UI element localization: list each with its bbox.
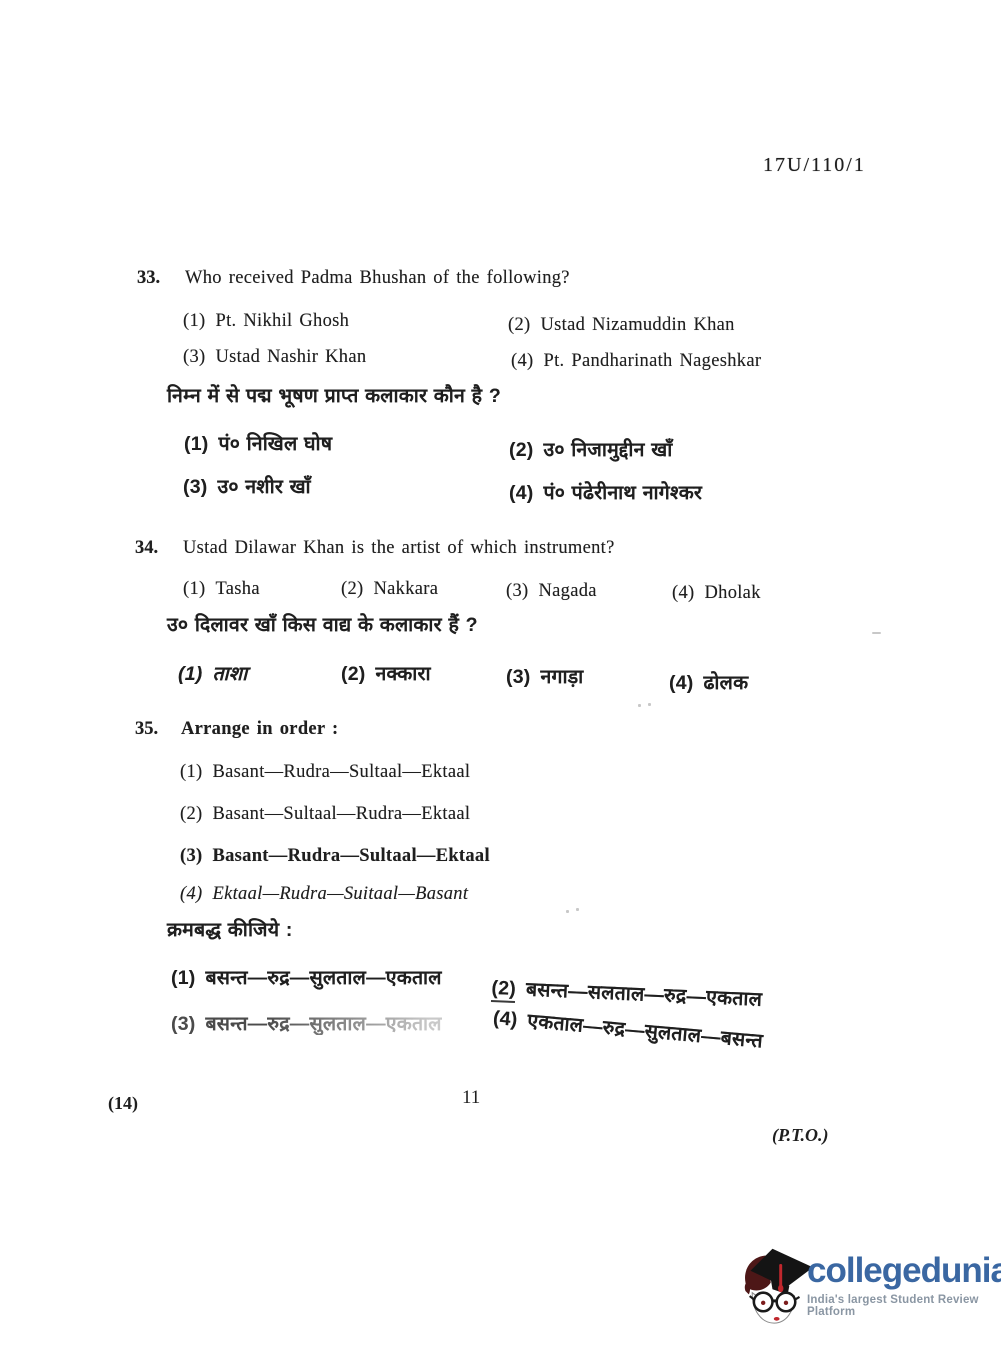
q33-text-hi: निम्न में से पद्म भूषण प्राप्त कलाकार कौ… — [167, 386, 501, 407]
q33-number: 33. — [137, 268, 160, 288]
collegedunia-wordmark: collegedunia .com India's largest Studen… — [807, 1251, 1001, 1318]
sheet-number: (14) — [108, 1094, 138, 1114]
q33-option-1-hi: (1)पं० निखिल घोष — [184, 434, 332, 455]
page-number: 11 — [462, 1088, 480, 1109]
q33-option-4-en: (4)Pt. Pandharinath Nageshkar — [511, 351, 761, 371]
q33-option-3-en: (3)Ustad Nashir Khan — [183, 347, 366, 367]
q35-option-3-hi: (3)बसन्त—रुद्र—सुलताल—एकताल — [171, 1014, 442, 1035]
q35-option-1-hi: (1)बसन्त—रुद्र—सुलताल—एकताल — [171, 968, 442, 989]
q35-option-4-en: (4)Ektaal—Rudra—Suitaal—Basant — [180, 884, 468, 904]
q33-option-2-hi: (2)उ० निजामुद्दीन खाँ — [509, 440, 672, 461]
q34-number: 34. — [135, 538, 158, 558]
q34-option-4-hi: (4)ढोलक — [669, 673, 748, 694]
q35-text-hi: क्रमबद्ध कीजिये : — [167, 920, 293, 941]
q35-option-3-en: (3)Basant—Rudra—Sultaal—Ektaal — [180, 846, 490, 866]
q33-option-4-hi: (4)पं० पंढेरीनाथ नागेश्कर — [509, 483, 702, 504]
scan-artifact — [638, 704, 641, 707]
q34-option-4-en: (4)Dholak — [672, 583, 761, 603]
collegedunia-logo: collegedunia .com India's largest Studen… — [737, 1245, 987, 1337]
scan-artifact — [566, 910, 569, 913]
q35-option-2-hi: (2)बसन्त—सलताल—रुद्र—एकताल — [491, 978, 763, 1014]
q33-option-2-en: (2)Ustad Nizamuddin Khan — [508, 315, 735, 335]
q34-text-hi: उ० दिलावर खाँ किस वाद्य के कलाकार हैं ? — [167, 615, 478, 636]
paper-code: 17U/110/1 — [763, 154, 866, 176]
q34-option-2-hi: (2)नक्कारा — [341, 664, 431, 685]
collegedunia-mascot-icon — [737, 1245, 813, 1337]
q34-option-1-en: (1)Tasha — [183, 579, 260, 599]
q35-option-2-en: (2)Basant—Sultaal—Rudra—Ektaal — [180, 804, 470, 824]
q33-option-3-hi: (3)उ० नशीर खाँ — [183, 477, 311, 498]
brand-tagline: India's largest Student Review Platform — [807, 1294, 1001, 1318]
brand-name: collegedunia — [807, 1251, 1001, 1290]
scan-artifact — [872, 632, 881, 634]
q34-option-1-hi: (1)ताशा — [178, 664, 247, 685]
q35-number: 35. — [135, 719, 158, 739]
q35-option-4-hi: (4)एकताल—रुद्र—सुलताल—बसन्त — [492, 1008, 764, 1053]
q35-option-1-en: (1)Basant—Rudra—Sultaal—Ektaal — [180, 762, 470, 782]
q34-option-3-en: (3)Nagada — [506, 581, 597, 601]
scan-artifact — [648, 703, 651, 706]
q34-option-3-hi: (3)नगाड़ा — [506, 667, 583, 688]
q33-text-en: Who received Padma Bhushan of the follow… — [185, 268, 570, 288]
scanned-exam-page: 17U/110/1 33. Who received Padma Bhushan… — [0, 0, 1001, 1356]
q35-text-en: Arrange in order : — [181, 719, 339, 739]
scan-artifact — [576, 908, 579, 911]
q34-text-en: Ustad Dilawar Khan is the artist of whic… — [183, 538, 615, 558]
pto-label: (P.T.O.) — [772, 1126, 829, 1146]
q33-option-1-en: (1)Pt. Nikhil Ghosh — [183, 311, 349, 331]
q34-option-2-en: (2)Nakkara — [341, 579, 438, 599]
